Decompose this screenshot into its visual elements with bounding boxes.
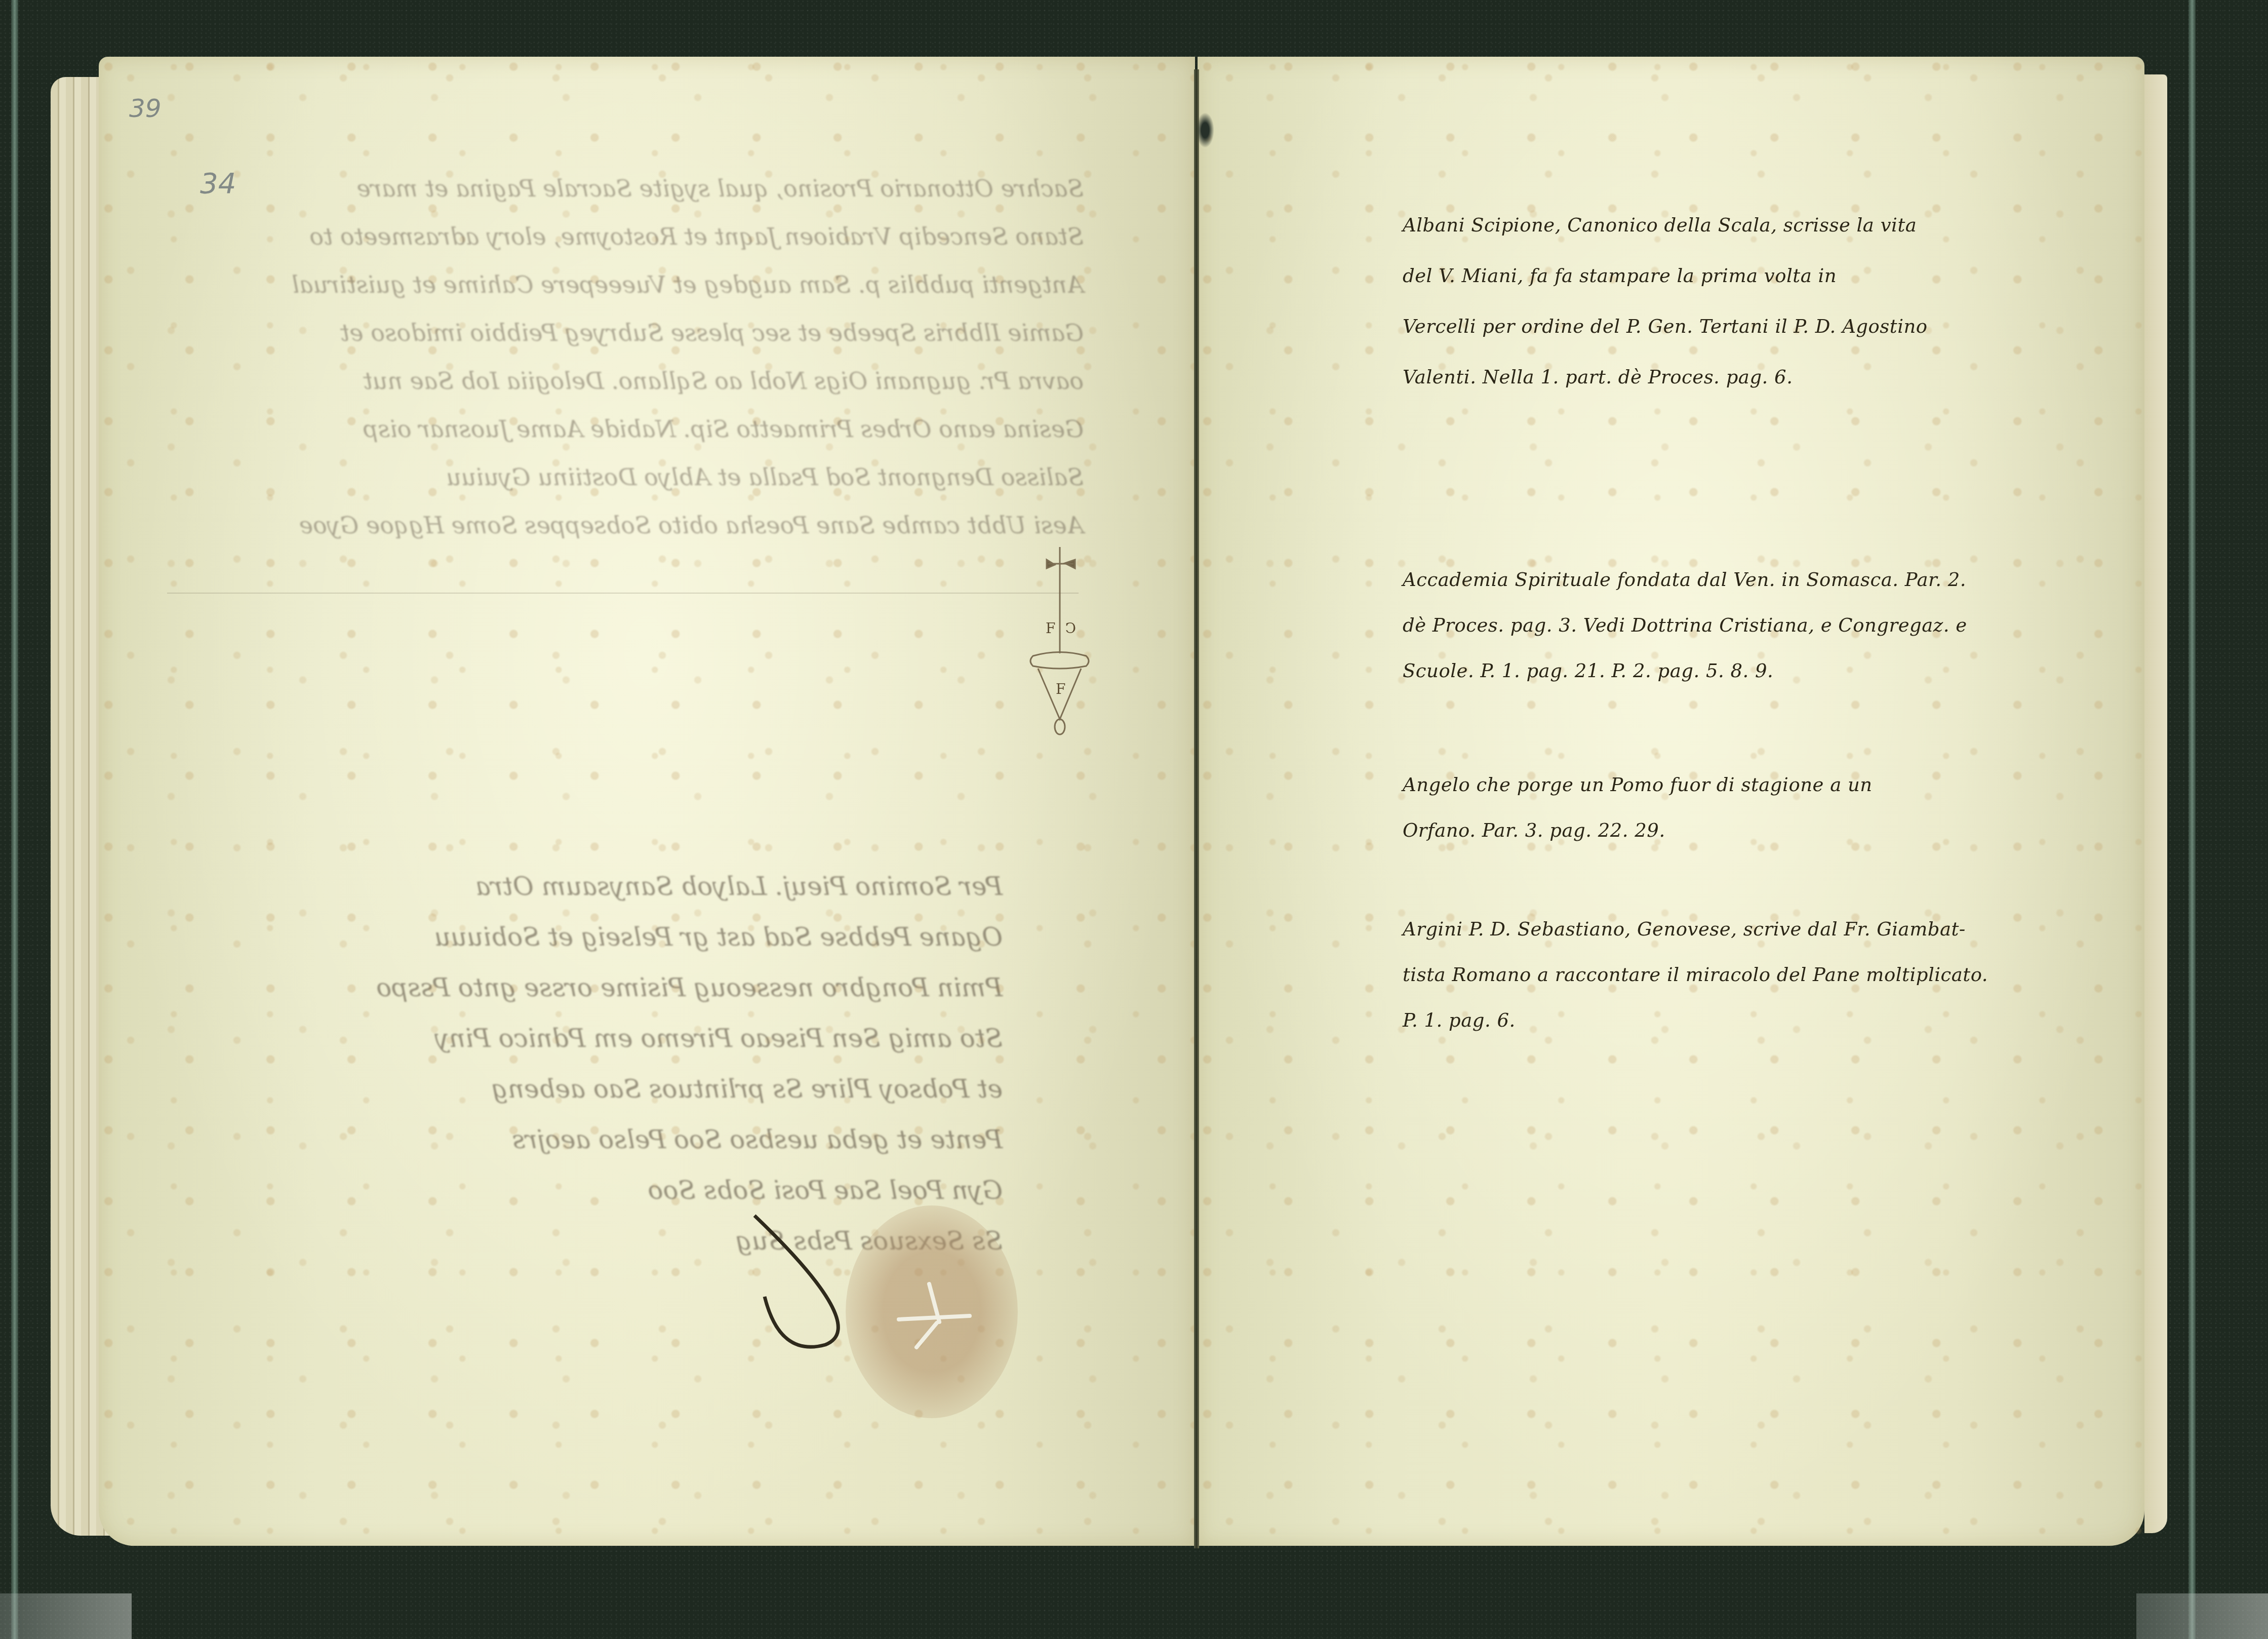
svg-text:C: C <box>1065 620 1076 637</box>
entry-line: Valenti. Nella 1. part. dè Proces. pag. … <box>1403 352 1939 403</box>
glass-plate-foot-left <box>0 1593 132 1639</box>
entry-line: Accademia Spirituale fondata dal Ven. in… <box>1403 557 1939 603</box>
index-entry-argini: Argini P. D. Sebastiano, Genovese, scriv… <box>1403 907 1939 1043</box>
bleedthrough-line: Ogane Pebbse Sad ast gr Pelseig et Sobiu… <box>167 912 1003 962</box>
svg-text:F: F <box>1056 681 1065 697</box>
notary-sign-icon: F C F <box>1010 547 1096 739</box>
glass-plate-edge-left <box>11 0 18 1639</box>
bleedthrough-line: Antgenti pubblis p. Sam augdeg et Vueeep… <box>122 261 1084 309</box>
bleedthrough-line: Stano Sencedip Vrabioen Jaqnt et Rostoym… <box>122 213 1084 261</box>
bleedthrough-line: Per Somino Pieuj. Lalyob Sanysaum Otra <box>167 861 1003 912</box>
index-entry-accademia: Accademia Spirituale fondata dal Ven. in… <box>1403 557 1939 694</box>
entry-line: del V. Miani, fa fa stampare la prima vo… <box>1403 251 1939 301</box>
entry-line: P. 1. pag. 6. <box>1403 998 1939 1043</box>
bleedthrough-line: Gamie Ilbbris Speebe et sec plesse Subry… <box>122 309 1084 357</box>
entry-line: Scuole. P. 1. pag. 21. P. 2. pag. 5. 8. … <box>1403 648 1939 694</box>
seal-cord-knot-icon <box>894 1281 975 1352</box>
book-gutter <box>1194 69 1199 1548</box>
bleedthrough-line: oavra Pr. gugnani Oigs Nobl ao Sqllano. … <box>122 357 1084 405</box>
entry-line: Orfano. Par. 3. pag. 22. 29. <box>1403 808 1939 853</box>
bleedthrough-text-upper: Sachre Ottonario Prosino, qual sygite Sa… <box>122 165 1084 550</box>
entry-line: Argini P. D. Sebastiano, Genovese, scriv… <box>1403 907 1939 952</box>
glass-plate-foot-right <box>2136 1593 2268 1639</box>
ink-blot <box>1196 112 1214 148</box>
entry-line: Vercelli per ordine del P. Gen. Tertani … <box>1403 301 1939 352</box>
pencil-folio-number-top: 39 <box>129 94 162 123</box>
index-entry-angelo: Angelo che porge un Pomo fuor di stagion… <box>1403 762 1939 853</box>
entry-line: tista Romano a raccontare il miracolo de… <box>1403 952 1939 998</box>
bleedthrough-line: Sachre Ottonario Prosino, qual sygite Sa… <box>122 165 1084 213</box>
bleedthrough-line: Salisso Dengnont Sod Psalla et Ablyo Dos… <box>122 453 1084 501</box>
bleedthrough-line: Pente et geba uesbso Soo Pelso aeojrs <box>167 1114 1003 1165</box>
bleedthrough-line: Aesi Ubbt cambe Sane Poesha obito Sobsep… <box>122 501 1084 550</box>
bleedthrough-line: Sto amig Sen Piseao Piremo em Pdnico Pin… <box>167 1013 1003 1064</box>
index-entry-albani: Albani Scipione, Canonico della Scala, s… <box>1403 200 1939 403</box>
entry-line: Angelo che porge un Pomo fuor di stagion… <box>1403 762 1939 808</box>
ruled-line <box>167 593 1079 594</box>
bleedthrough-line: et Pobsoy Plire Ss prlintuos Sao aebeng <box>167 1064 1003 1114</box>
bleedthrough-line: Gesina eano Orbes Primaetto Sip. Nabide … <box>122 405 1084 453</box>
svg-text:F: F <box>1046 620 1055 637</box>
entry-line: dè Proces. pag. 3. Vedi Dottrina Cristia… <box>1403 603 1939 648</box>
right-page-edge <box>2144 74 2167 1533</box>
glass-plate-edge-right <box>2189 0 2196 1639</box>
entry-line: Albani Scipione, Canonico della Scala, s… <box>1403 200 1939 251</box>
bleedthrough-line: Pmin Pongbro nesseoug Pisime orsse gnto … <box>167 962 1003 1013</box>
